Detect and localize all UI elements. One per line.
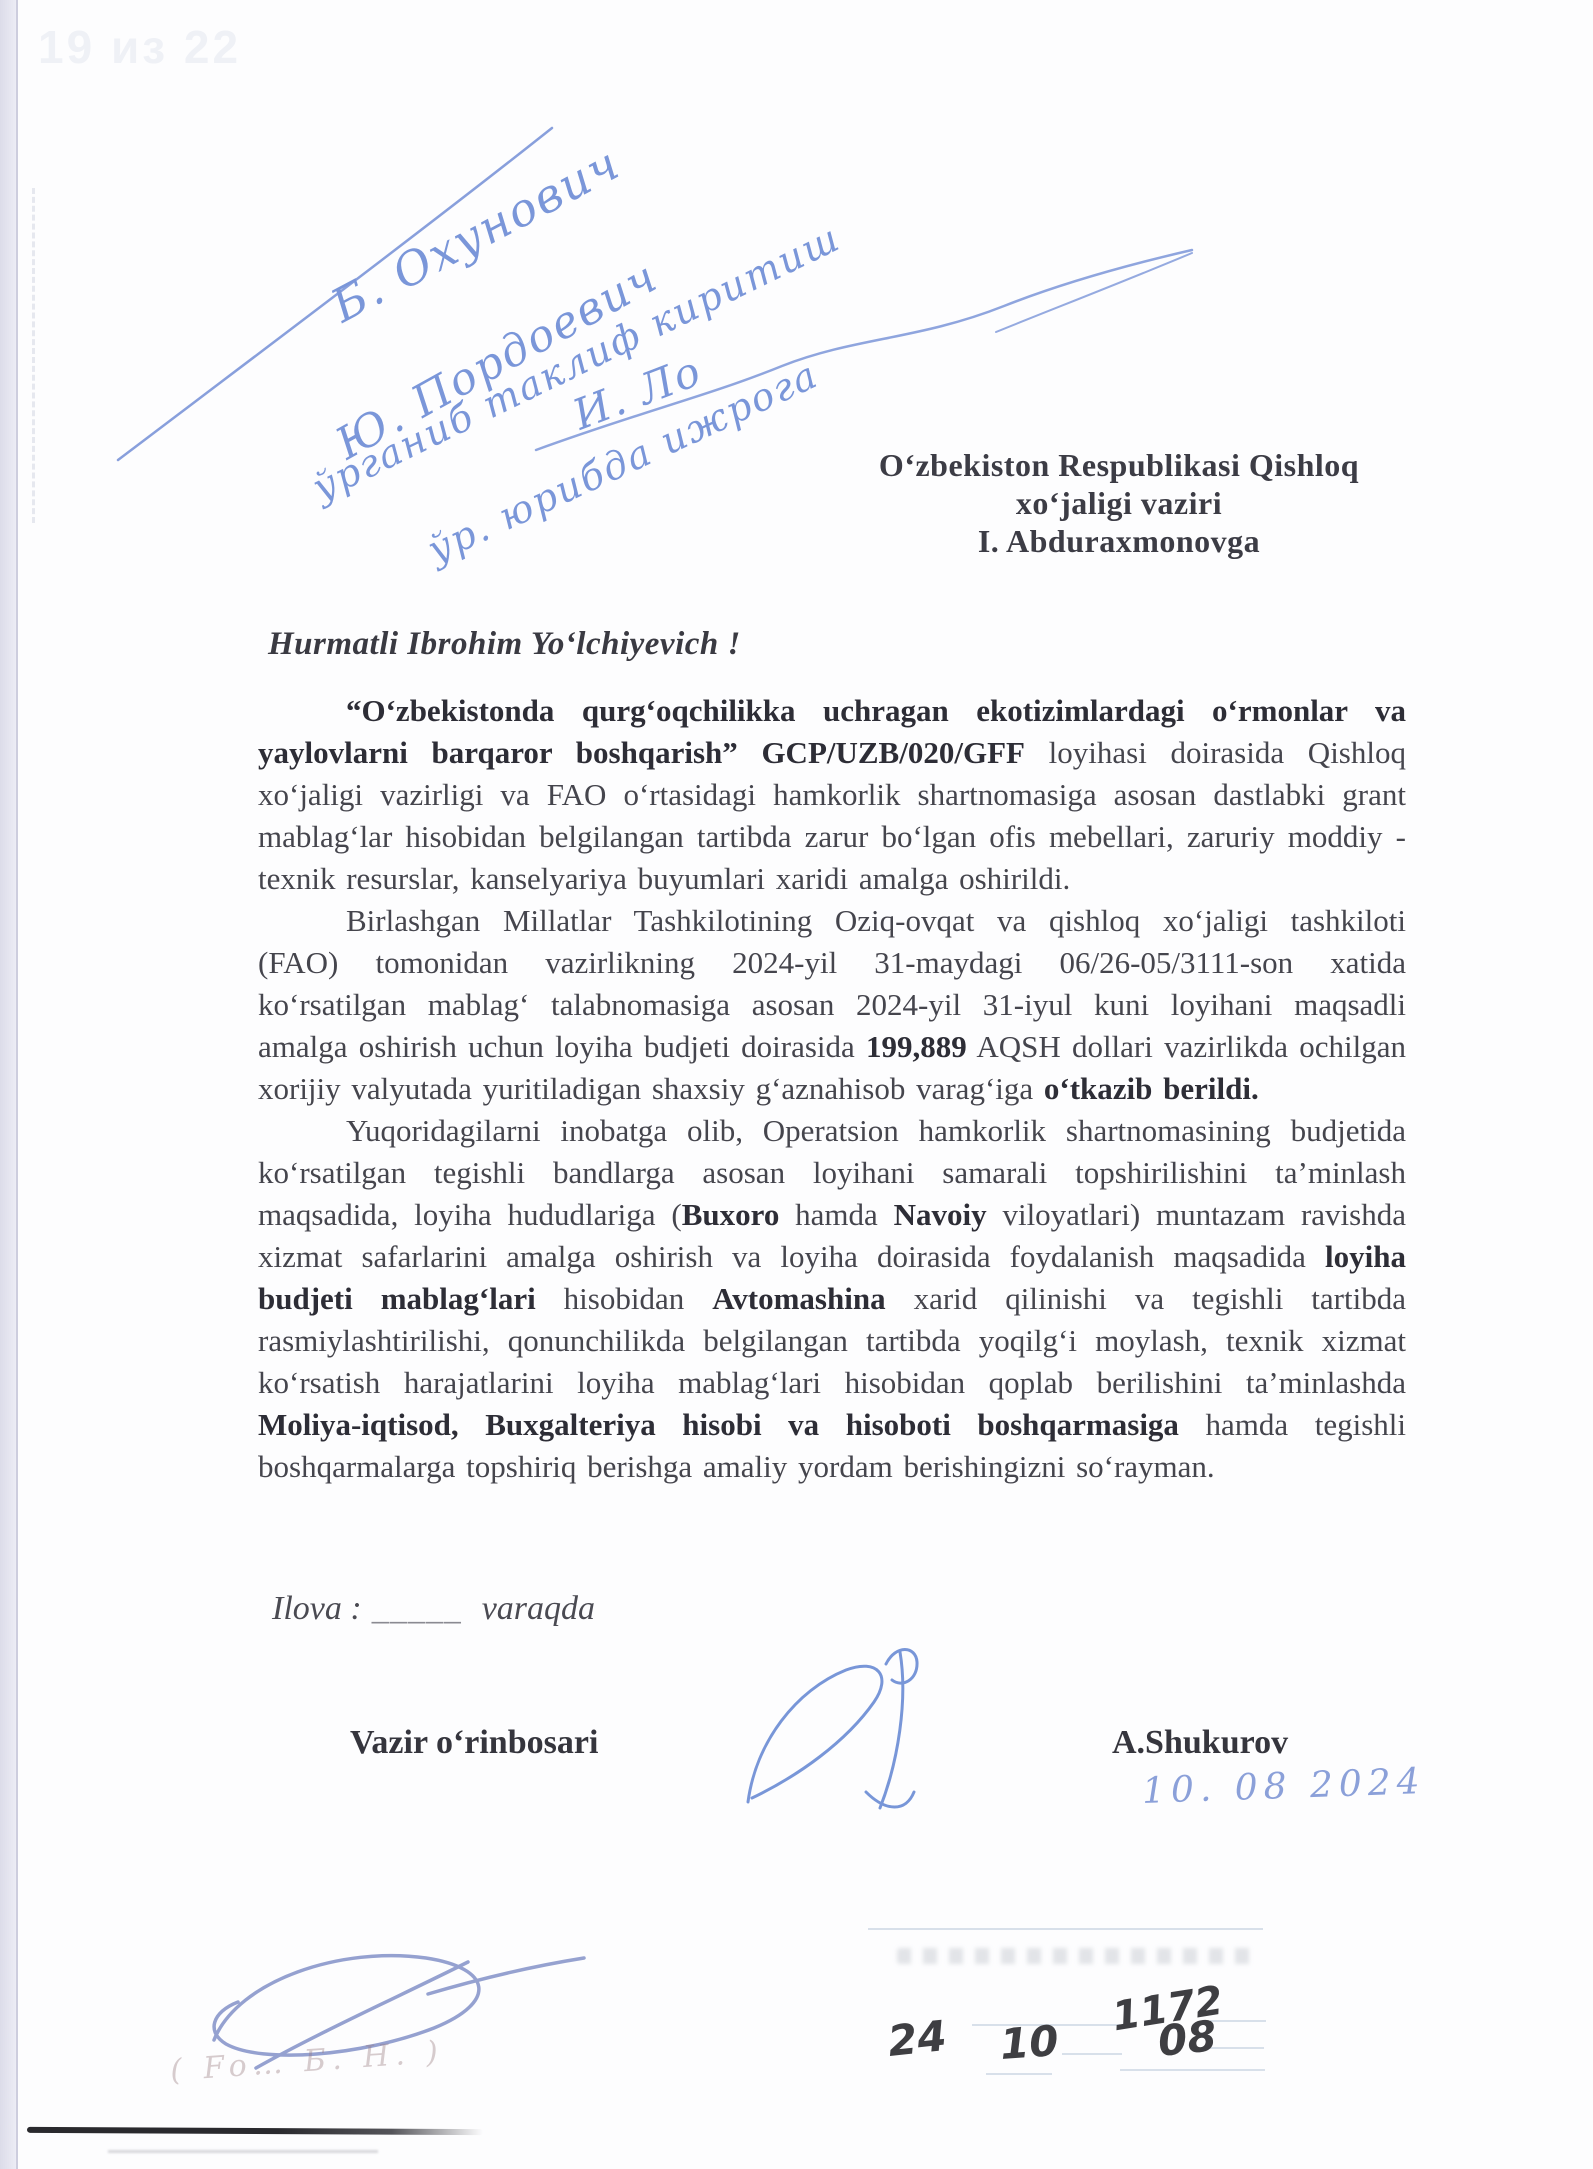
scan-artifact-line: [108, 2150, 378, 2153]
letter-paragraph: “O‘zbekistonda qurg‘oqchilikka uchragan …: [258, 690, 1406, 900]
recipient-line: xo‘jaligi vaziri: [858, 484, 1380, 522]
letter-body: “O‘zbekistonda qurg‘oqchilikka uchragan …: [258, 690, 1406, 1488]
recipient-line: I. Abduraxmonovga: [858, 522, 1380, 560]
faint-form-line: [986, 2073, 1052, 2075]
registry-day: 24: [886, 2011, 949, 2066]
faint-form-line: [868, 1928, 1263, 1930]
scan-artifact-line: [27, 2127, 483, 2135]
scan-edge-strip: [0, 0, 18, 2169]
faint-form-line: [1062, 2053, 1122, 2055]
recipient-line: O‘zbekiston Respublikasi Qishloq: [858, 446, 1380, 484]
scanned-letter-page: 19 из 22 Б. Охунович Ю. Пордоевич ўргани…: [0, 0, 1593, 2169]
attachment-blank: _____: [372, 1590, 462, 1627]
shukurov-signature: [748, 1650, 917, 1809]
registry-month: 10: [998, 2016, 1060, 2069]
signer-name: A.Shukurov: [1112, 1724, 1288, 1762]
letter-paragraph: Yuqoridagilarni inobatga olib, Operatsio…: [258, 1110, 1406, 1488]
attachment-line: Ilova :_____varaqda: [272, 1590, 595, 1628]
attachment-label: Ilova :: [272, 1590, 362, 1627]
attachment-suffix: varaqda: [482, 1590, 595, 1627]
scan-edge-marks: [32, 188, 35, 523]
faint-stamp-smudge: [897, 1948, 1257, 1964]
faint-executor-note: ( Fo… Б. Н. ): [169, 2034, 445, 2088]
recipient-block: O‘zbekiston Respublikasi Qishloq xo‘jali…: [858, 446, 1380, 560]
registry-code: 08: [1156, 2011, 1219, 2066]
faint-form-line: [1120, 2069, 1265, 2071]
annotation-flourish-return: [996, 253, 1192, 332]
handwritten-date: 10. 08 2024: [1141, 1761, 1426, 1812]
salutation: Hurmatli Ibrohim Yo‘lchiyevich !: [268, 626, 741, 663]
letter-paragraph: Birlashgan Millatlar Tashkilotining Oziq…: [258, 900, 1406, 1110]
signer-title: Vazir o‘rinbosari: [350, 1724, 598, 1762]
viewer-page-indicator: 19 из 22: [38, 20, 241, 74]
